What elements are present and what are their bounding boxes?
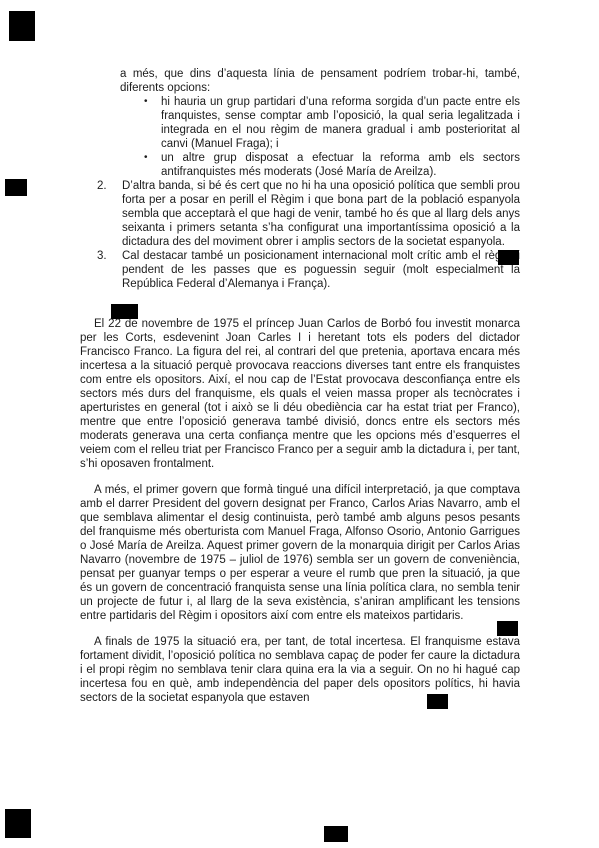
numbered-item-text: Cal destacar també un posicionament inte… [122, 249, 520, 291]
bullet-icon: • [144, 95, 161, 151]
scan-artifact-mark [498, 250, 519, 265]
document-page: a més, que dins d’aquesta línia de pensa… [0, 0, 599, 848]
body-paragraph: A més, el primer govern que formà tingué… [80, 483, 520, 623]
numbered-list-item: 2. D’altra banda, si bé és cert que no h… [97, 179, 520, 249]
scan-artifact-mark [9, 11, 35, 41]
list-number: 3. [97, 249, 122, 291]
bullet-item-text: hi hauria un grup partidari d’una reform… [161, 95, 520, 151]
scan-artifact-mark [497, 621, 518, 636]
list-number: 2. [97, 179, 122, 249]
text-block: a més, que dins d’aquesta línia de pensa… [80, 67, 520, 705]
intro-paragraph: a més, que dins d’aquesta línia de pensa… [120, 67, 520, 95]
bullet-icon: • [144, 151, 161, 179]
scan-artifact-mark [324, 826, 348, 842]
bullet-list-item: • un altre grup disposat a efectuar la r… [144, 151, 520, 179]
scan-artifact-mark [5, 809, 31, 838]
bullet-item-text: un altre grup disposat a efectuar la ref… [161, 151, 520, 179]
numbered-item-text: D’altra banda, si bé és cert que no hi h… [122, 179, 520, 249]
scan-artifact-mark [111, 304, 138, 319]
body-paragraph: A finals de 1975 la situació era, per ta… [80, 635, 520, 705]
bullet-list-item: • hi hauria un grup partidari d’una refo… [144, 95, 520, 151]
scan-artifact-mark [5, 179, 27, 196]
body-paragraph: El 22 de novembre de 1975 el príncep Jua… [80, 317, 520, 471]
scan-artifact-mark [427, 694, 448, 709]
numbered-list-item: 3. Cal destacar també un posicionament i… [97, 249, 520, 291]
